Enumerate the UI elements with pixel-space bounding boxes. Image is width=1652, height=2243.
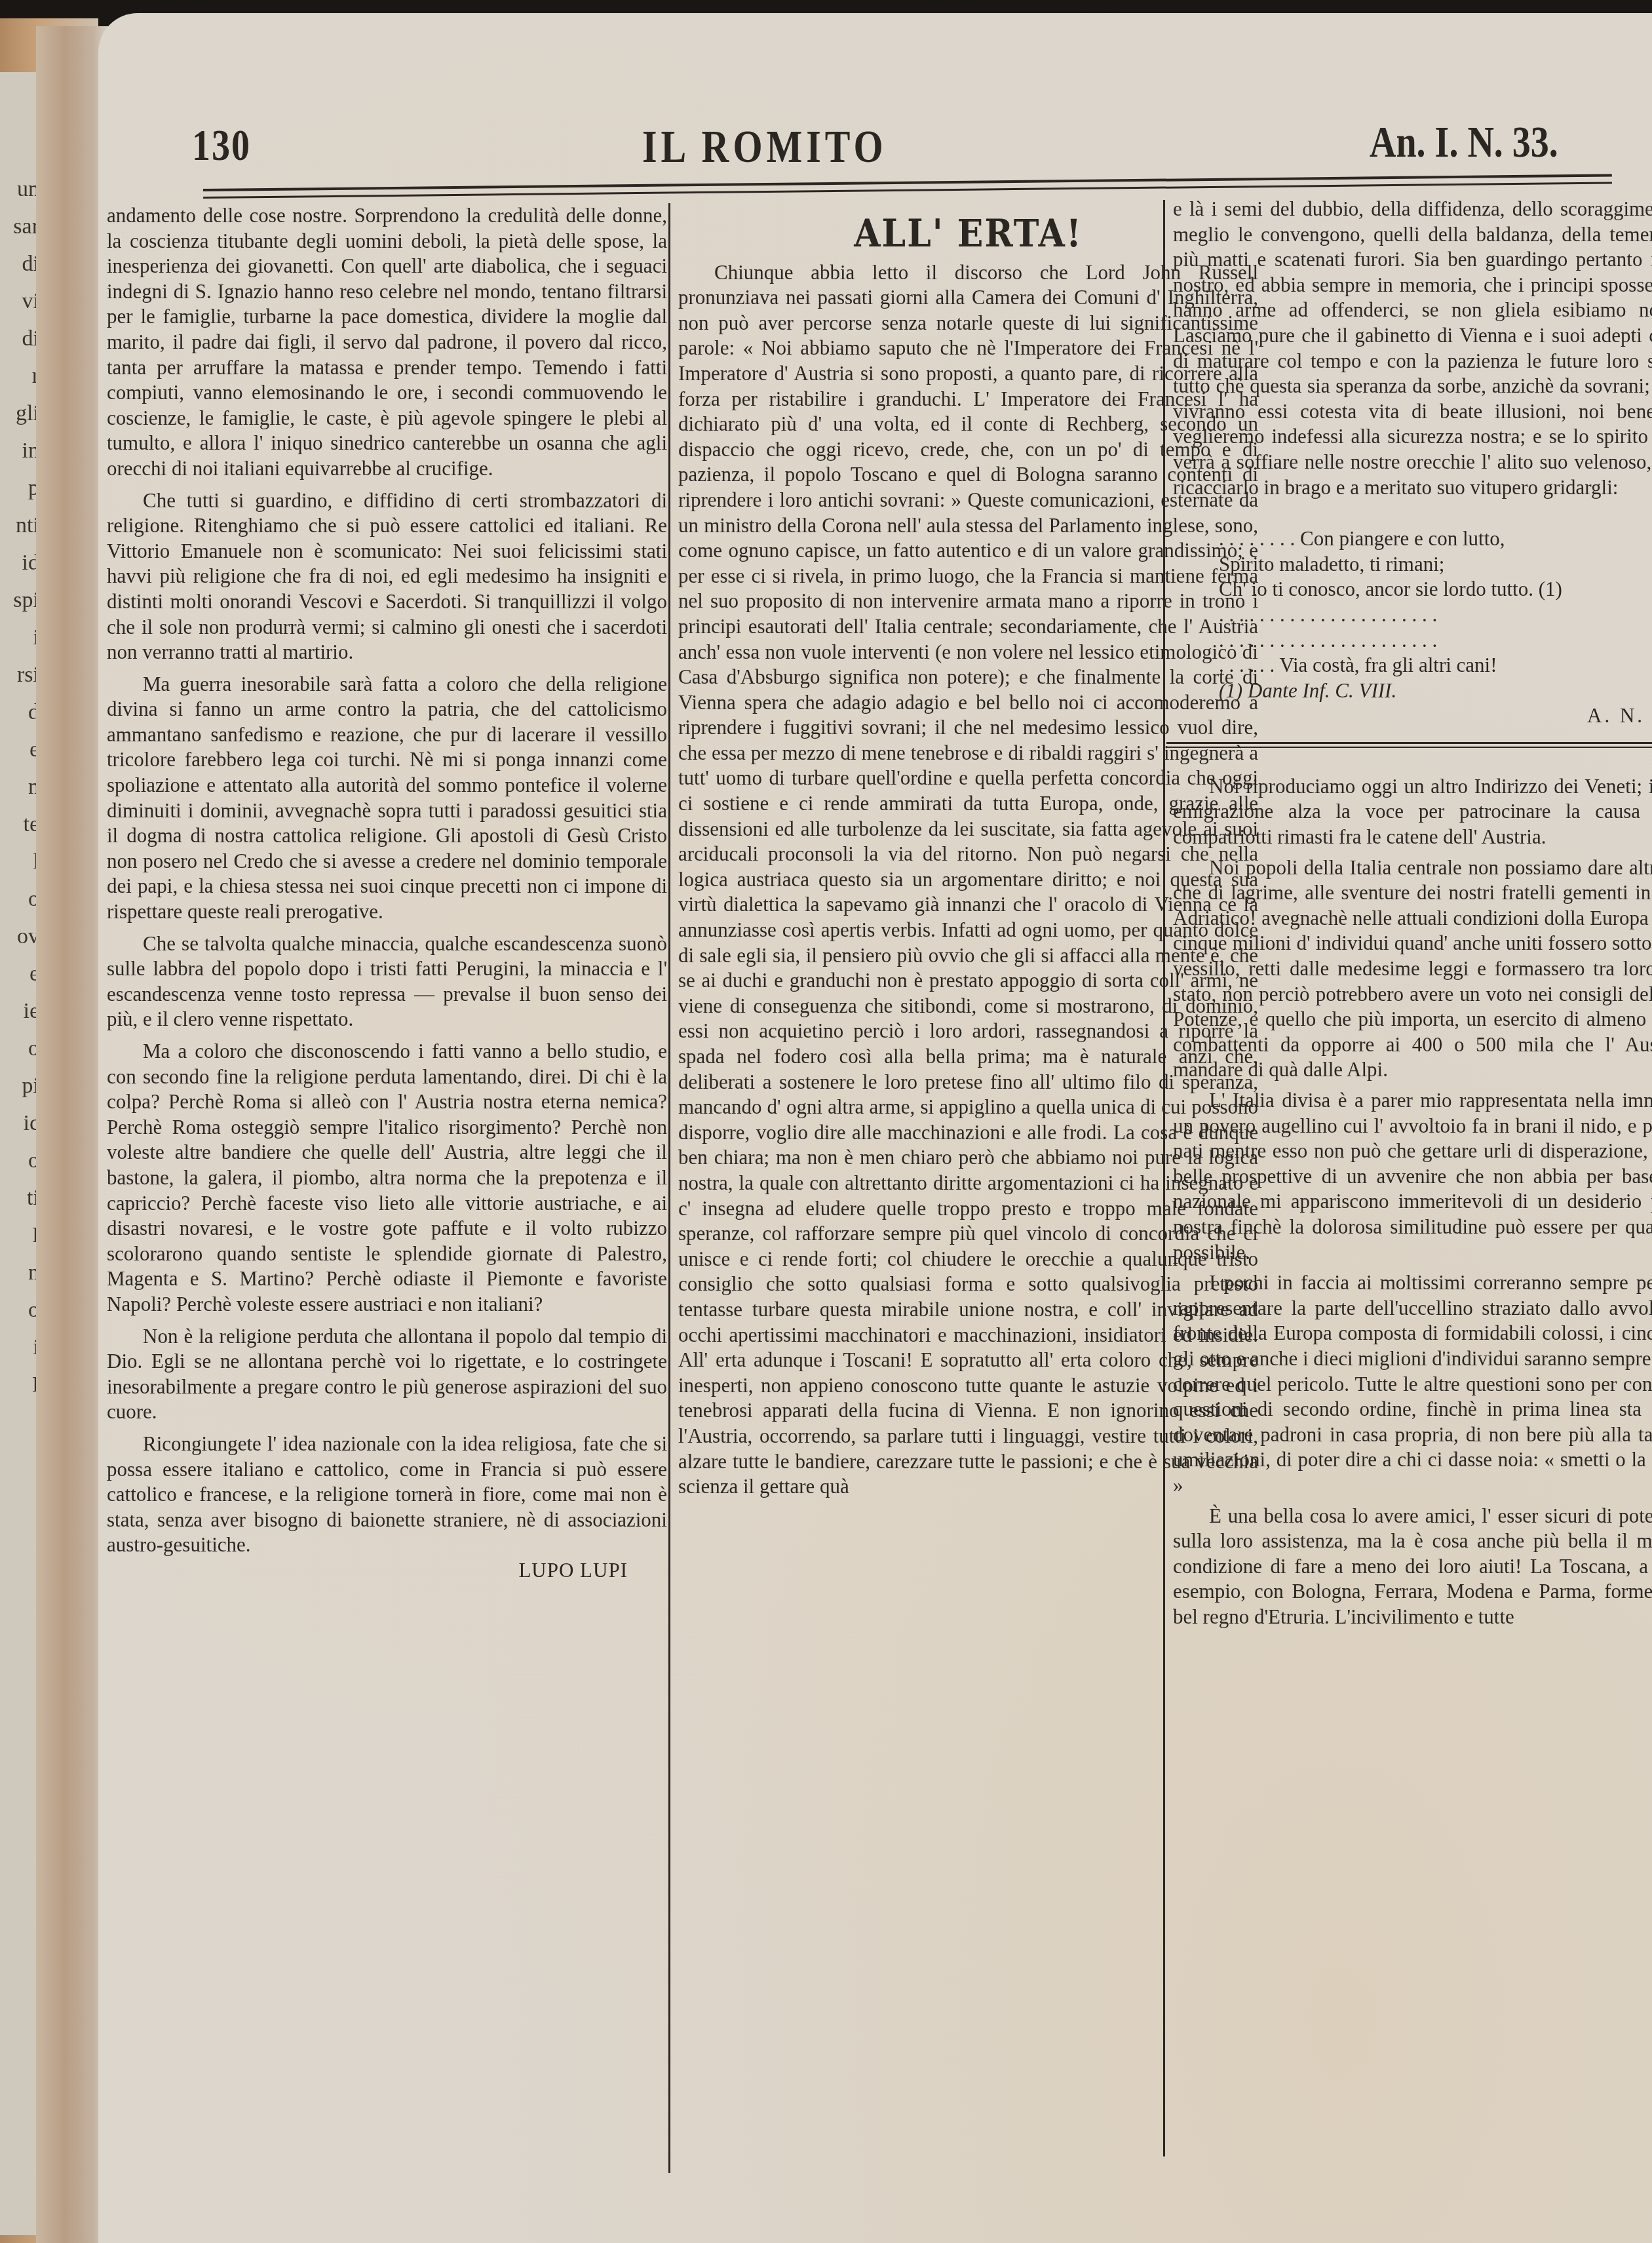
- paragraph: e là i semi del dubbio, della diffidenza…: [1173, 197, 1652, 500]
- bleed-fragment: r: [0, 357, 39, 395]
- verse-line: . . . . . . Via costà, fra gli altri can…: [1219, 653, 1652, 678]
- bleed-fragment: n: [0, 1254, 39, 1291]
- paragraph: È una bella cosa lo avere amici, l' esse…: [1173, 1504, 1652, 1630]
- issue-number: An. I. N. 33.: [1370, 117, 1558, 168]
- masthead-title: IL ROMITO: [642, 120, 887, 172]
- previous-page-edge: unsardividirgliinpntiidspiirsidenteloove…: [0, 72, 39, 2235]
- bleed-fragment: te: [0, 806, 39, 843]
- paragraph: Non è la religione perduta che allontana…: [107, 1324, 667, 1425]
- bleed-fragment: o: [0, 880, 39, 918]
- verse-line: Ch' io ti conosco, ancor sie lordo tutto…: [1219, 577, 1652, 602]
- bleed-fragment: ti: [0, 1179, 39, 1217]
- column-right: e là i semi del dubbio, della diffidenza…: [1173, 197, 1652, 1629]
- article-heading: ALL' ERTA!: [678, 220, 1258, 248]
- bleed-fragment: p: [0, 469, 39, 507]
- column-divider: [668, 203, 670, 2173]
- paragraph: L' Italia divisa è a parer mio rappresen…: [1173, 1088, 1652, 1265]
- header-double-rule: [203, 174, 1612, 199]
- bleed-fragment: rsi: [0, 656, 39, 693]
- bleed-fragment: nti: [0, 507, 39, 544]
- paragraph: Ma a coloro che disconoscendo i fatti va…: [107, 1039, 667, 1317]
- bleed-fragment: vi: [0, 283, 39, 320]
- author-initials: A. N. D. M.: [1173, 703, 1652, 729]
- bleed-fragment: di: [0, 320, 39, 357]
- bleed-fragment: I: [0, 1366, 39, 1403]
- bleed-fragment: e: [0, 955, 39, 992]
- bleed-fragment: d: [0, 693, 39, 731]
- bleed-fragment: un: [0, 170, 39, 208]
- paragraph: I pochi in faccia ai moltissimi correran…: [1173, 1270, 1652, 1498]
- paragraph: Noi riproduciamo oggi un altro Indirizzo…: [1173, 774, 1652, 850]
- verse-line: . . . . . . . . . . . . . . . . . . . . …: [1219, 602, 1652, 628]
- bleed-fragment: spi: [0, 581, 39, 619]
- verse-line: . . . . . . . . . . . . . . . . . . . . …: [1219, 628, 1652, 653]
- bleed-fragment: o: [0, 1142, 39, 1179]
- page-number: 130: [192, 121, 251, 171]
- bleed-fragment: ic: [0, 1104, 39, 1142]
- bleed-fragment: pi: [0, 1067, 39, 1104]
- book-gutter-shadow: [36, 26, 108, 2243]
- footnote: (1) Dante Inf. C. VIII.: [1173, 678, 1652, 704]
- column-divider: [1163, 200, 1165, 2156]
- bleed-fragment: ov: [0, 918, 39, 955]
- bleed-fragment: gli: [0, 395, 39, 432]
- verse-line: Spirito maladetto, ti rimani;: [1219, 552, 1652, 577]
- bleed-fragment: di: [0, 245, 39, 283]
- bleed-fragment: e: [0, 731, 39, 768]
- bleed-fragment: ie: [0, 992, 39, 1030]
- bleed-fragment: o: [0, 1030, 39, 1067]
- bleed-fragment: sar: [0, 208, 39, 245]
- verse-line: . . . . . . . . Con piangere e con lutto…: [1219, 526, 1652, 552]
- paragraph: Ma guerra inesorabile sarà fatta a color…: [107, 672, 667, 925]
- bleed-fragment: in: [0, 432, 39, 469]
- author-signature: LUPO LUPI: [107, 1558, 667, 1584]
- paragraph: andamento delle cose nostre. Sorprendono…: [107, 203, 667, 482]
- newspaper-page: 130 IL ROMITO An. I. N. 33. andamento de…: [98, 13, 1652, 2243]
- paragraph: Chiunque abbia letto il discorso che Lor…: [678, 260, 1258, 1500]
- section-double-rule: [1166, 742, 1652, 748]
- paragraph: Ricongiungete l' idea nazionale con la i…: [107, 1432, 667, 1558]
- page-header: 130 IL ROMITO An. I. N. 33.: [98, 121, 1652, 167]
- bleed-fragment: n: [0, 768, 39, 806]
- paragraph: Che se talvolta qualche minaccia, qualch…: [107, 931, 667, 1032]
- paragraph: Noi popoli della Italia centrale non pos…: [1173, 855, 1652, 1083]
- column-middle: ALL' ERTA! Chiunque abbia letto il disco…: [678, 210, 1258, 1500]
- bleed-fragment: id: [0, 544, 39, 581]
- verse-quote: . . . . . . . . Con piangere e con lutto…: [1173, 526, 1652, 678]
- bleed-fragment: o: [0, 1291, 39, 1329]
- paragraph: Che tutti si guardino, e diffidino di ce…: [107, 488, 667, 665]
- bleed-fragment: I: [0, 1217, 39, 1254]
- column-left: andamento delle cose nostre. Sorprendono…: [107, 203, 667, 1583]
- bleed-fragment: i: [0, 619, 39, 656]
- bleed-fragment: l: [0, 843, 39, 880]
- bleed-fragment: i: [0, 1329, 39, 1366]
